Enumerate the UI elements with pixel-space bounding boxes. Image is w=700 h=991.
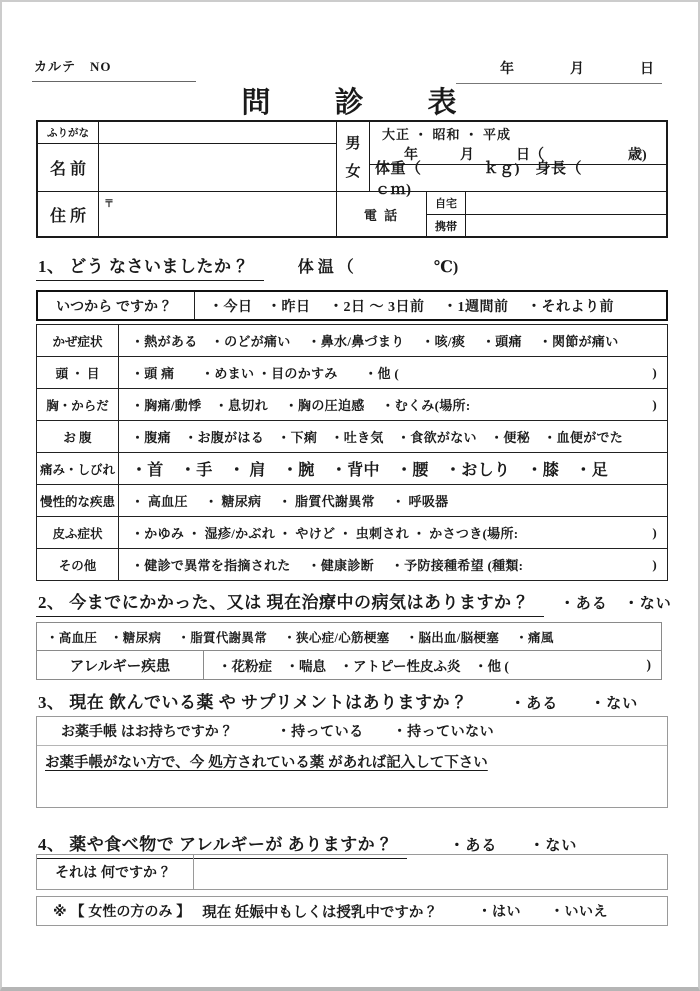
form-title: 問 診 表: [2, 80, 698, 121]
address-input[interactable]: 〒: [99, 192, 337, 236]
phone-home-input[interactable]: [466, 192, 666, 215]
allergy-what-label: それは 何ですか ？: [37, 855, 194, 889]
gender-male[interactable]: 男: [345, 132, 360, 153]
era-options[interactable]: 大正 ・ 昭和 ・ 平成: [382, 124, 658, 143]
disease-options-row[interactable]: ・高血圧 ・糖尿病 ・脂質代謝異常 ・狭心症/心筋梗塞 ・脳出血/脳梗塞 ・痛風: [37, 623, 661, 651]
gender-select[interactable]: 男 女: [337, 122, 370, 192]
female-only-box: ※ 【 女性の方のみ 】 現在 妊娠中もしくは授乳中ですか ？ ・はい ・いいえ: [36, 896, 668, 926]
section2-heading: 2、 今までにかかった、又は 現在治療中の病気はありますか ？: [36, 588, 544, 617]
phone-label: 電 話: [337, 192, 427, 236]
since-when-label: いつから ですか ？: [38, 292, 195, 319]
patient-info-table: ふりがな 名 前 男 女 大正 ・ 昭和 ・ 平成 年 月 日（ 歳) 体重（ …: [36, 120, 668, 238]
weight-height-line[interactable]: 体重（ ｋｇ) 身長（ ｃｍ): [370, 165, 666, 192]
section1-heading: 1、 どう なさいましたか ？: [36, 252, 264, 281]
medicine-notebook-question: お薬手帳 はお持ちですか ？: [61, 721, 237, 741]
symptom-label: 皮ふ症状: [37, 517, 119, 548]
section3-heading: 3、 現在 飲んでいる薬 や サプリメントはありますか ？: [36, 688, 482, 717]
allergy-what-input[interactable]: [194, 855, 667, 889]
yes-no-options[interactable]: ・ある ・ない: [510, 692, 638, 713]
yes-no-options[interactable]: ・ある ・ない: [449, 834, 577, 855]
symptom-options[interactable]: ・首 ・手 ・ 肩 ・腕 ・背中 ・腰 ・おしり ・膝 ・足: [119, 453, 667, 484]
disease-history-table: ・高血圧 ・糖尿病 ・脂質代謝異常 ・狭心症/心筋梗塞 ・脳出血/脳梗塞 ・痛風…: [36, 622, 662, 680]
close-paren: ): [652, 397, 657, 413]
symptom-row: 慢性的な疾患 ・ 高血圧 ・ 糖尿病 ・ 脂質代謝異常 ・ 呼吸器: [37, 485, 667, 517]
symptom-options[interactable]: ・胸痛/動悸 ・息切れ ・胸の圧迫感 ・むくみ(場所:): [119, 389, 667, 420]
phone-mobile-input[interactable]: [466, 215, 666, 236]
allergy-disease-row: アレルギー疾患 ・花粉症 ・喘息 ・アトピー性皮ふ炎 ・他 (): [37, 651, 661, 679]
close-paren: ): [652, 525, 657, 541]
symptom-label: 胸・からだ: [37, 389, 119, 420]
pregnancy-question: 現在 妊娠中もしくは授乳中ですか ？: [202, 901, 441, 922]
symptom-label: その他: [37, 549, 119, 580]
medicine-notebook-row: お薬手帳 はお持ちですか ？ ・持っている ・持っていない: [37, 717, 667, 746]
symptom-row: 痛み・しびれ ・首 ・手 ・ 肩 ・腕 ・背中 ・腰 ・おしり ・膝 ・足: [37, 453, 667, 485]
phone-mobile-label: 携帯: [427, 215, 466, 236]
furigana-label: ふりがな: [38, 122, 99, 144]
symptom-options[interactable]: ・腹痛 ・お腹がはる ・下痢 ・吐き気 ・食欲がない ・便秘 ・血便がでた: [119, 421, 667, 452]
symptom-label: 頭 ・ 目: [37, 357, 119, 388]
section2-heading-row: 2、 今までにかかった、又は 現在治療中の病気はありますか ？ ・ある ・ない: [36, 588, 672, 617]
temperature-field[interactable]: 体 温 （ ℃): [298, 254, 459, 277]
symptom-options[interactable]: ・かゆみ ・ 湿疹/かぶれ ・ やけど ・ 虫刺され ・ かさつき(場所:): [119, 517, 667, 548]
medicine-notebook-options[interactable]: ・持っている ・持っていない: [277, 721, 495, 741]
section1-heading-row: 1、 どう なさいましたか ？ 体 温 （ ℃): [36, 252, 458, 281]
medication-write-area[interactable]: [37, 772, 667, 807]
karte-no-label: カルテ NO: [32, 54, 196, 82]
symptom-row: かぜ症状 ・熱がある ・のどが痛い ・鼻水/鼻づまり ・咳/痰 ・頭痛 ・関節が…: [37, 325, 667, 357]
allergy-disease-options[interactable]: ・花粉症 ・喘息 ・アトピー性皮ふ炎 ・他 (): [204, 651, 661, 679]
symptom-row: 皮ふ症状 ・かゆみ ・ 湿疹/かぶれ ・ やけど ・ 虫刺され ・ かさつき(場…: [37, 517, 667, 549]
name-input[interactable]: [99, 144, 337, 192]
symptom-table: かぜ症状 ・熱がある ・のどが痛い ・鼻水/鼻づまり ・咳/痰 ・頭痛 ・関節が…: [36, 324, 668, 581]
medication-note: お薬手帳がない方で、今 処方されている薬 があれば記入して下さい: [37, 746, 667, 772]
questionnaire-page: カルテ NO 年 月 日 問 診 表 ふりがな 名 前 男 女 大正 ・ 昭和 …: [0, 0, 700, 991]
symptom-options[interactable]: ・頭 痛 ・めまい ・目のかすみ ・他 (): [119, 357, 667, 388]
yes-no-options[interactable]: ・はい ・いいえ: [478, 901, 609, 921]
section3-heading-row: 3、 現在 飲んでいる薬 や サプリメントはありますか ？ ・ある ・ない: [36, 688, 638, 717]
symptom-label: 慢性的な疾患: [37, 485, 119, 516]
symptom-label: かぜ症状: [37, 325, 119, 356]
close-paren: ): [647, 657, 652, 673]
medication-box: お薬手帳 はお持ちですか ？ ・持っている ・持っていない お薬手帳がない方で、…: [36, 716, 668, 808]
symptom-options[interactable]: ・熱がある ・のどが痛い ・鼻水/鼻づまり ・咳/痰 ・頭痛 ・関節が痛い: [119, 325, 667, 356]
female-only-prefix: ※ 【 女性の方のみ 】: [53, 901, 190, 921]
symptom-label: 痛み・しびれ: [37, 453, 119, 484]
furigana-input[interactable]: [99, 122, 337, 144]
yes-no-options[interactable]: ・ある ・ない: [560, 592, 672, 613]
postal-mark: 〒: [104, 195, 114, 210]
close-paren: ): [652, 365, 657, 381]
symptom-options[interactable]: ・ 高血圧 ・ 糖尿病 ・ 脂質代謝異常 ・ 呼吸器: [119, 485, 667, 516]
address-label: 住 所: [38, 192, 99, 236]
allergy-what-box: それは 何ですか ？: [36, 854, 668, 890]
name-label: 名 前: [38, 144, 99, 192]
symptom-row: お 腹 ・腹痛 ・お腹がはる ・下痢 ・吐き気 ・食欲がない ・便秘 ・血便がで…: [37, 421, 667, 453]
phone-home-label: 自宅: [427, 192, 466, 215]
symptom-row: 頭 ・ 目 ・頭 痛 ・めまい ・目のかすみ ・他 (): [37, 357, 667, 389]
symptom-row: その他 ・健診で異常を指摘された ・健康診断 ・予防接種希望 (種類:): [37, 549, 667, 580]
since-when-row: いつから ですか ？ ・今日 ・昨日 ・2日 ～ 3日前 ・1週間前 ・それより…: [36, 290, 668, 321]
symptom-row: 胸・からだ ・胸痛/動悸 ・息切れ ・胸の圧迫感 ・むくみ(場所:): [37, 389, 667, 421]
close-paren: ): [652, 557, 657, 573]
gender-female[interactable]: 女: [345, 160, 360, 181]
symptom-options[interactable]: ・健診で異常を指摘された ・健康診断 ・予防接種希望 (種類:): [119, 549, 667, 580]
symptom-label: お 腹: [37, 421, 119, 452]
allergy-disease-label: アレルギー疾患: [37, 651, 204, 679]
since-when-options[interactable]: ・今日 ・昨日 ・2日 ～ 3日前 ・1週間前 ・それより前: [195, 292, 666, 319]
